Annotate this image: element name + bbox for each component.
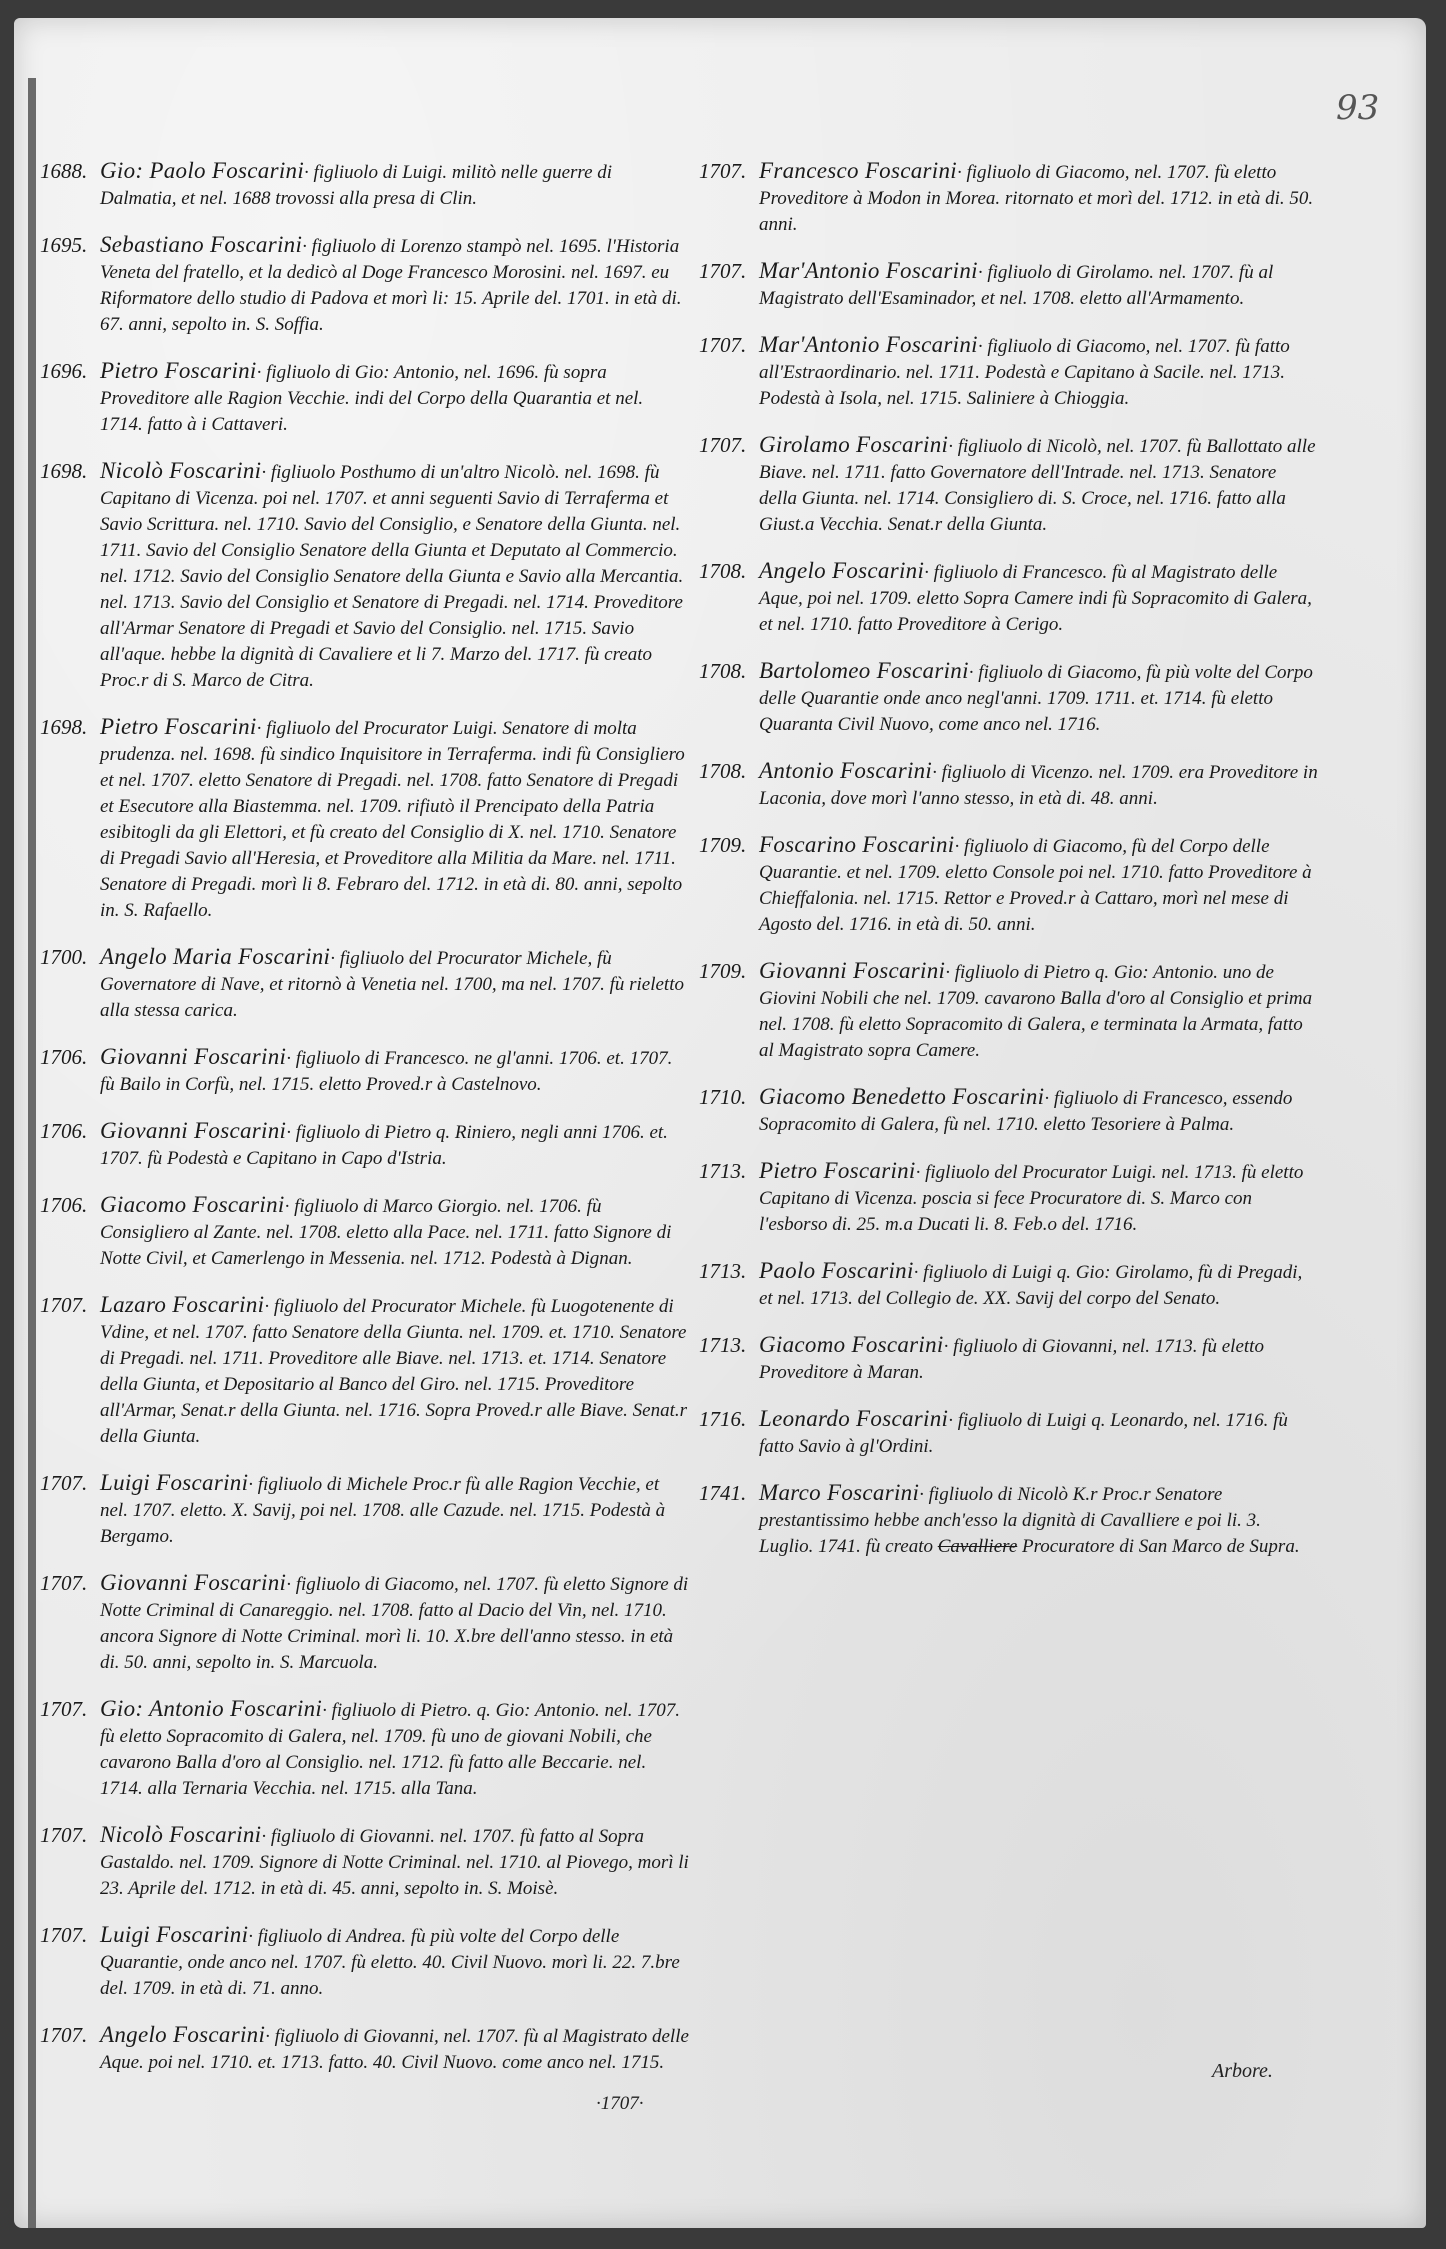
entry-year: 1700. [40,944,100,1024]
entry-body: Bartolomeo Foscarini· figliuolo di Giaco… [759,658,1319,738]
entry-separator: · [261,1826,271,1847]
genealogy-entry: 1696. Pietro Foscarini· figliuolo di Gio… [40,358,690,438]
entry-separator: · [286,1122,296,1143]
entry-name: Bartolomeo Foscarini [759,658,969,683]
entry-body: Nicolò Foscarini· figliuolo di Giovanni.… [100,1822,690,1902]
entry-separator: · [944,1336,954,1357]
entry-year: 1707. [699,158,759,238]
entry-separator: · [304,162,314,183]
entry-separator: · [978,262,988,283]
entry-body: Angelo Foscarini· figliuolo di Francesco… [759,558,1319,638]
entry-name: Giacomo Foscarini [759,1332,944,1357]
genealogy-entry: 1688. Gio: Paolo Foscarini· figliuolo di… [40,158,690,212]
entry-year: 1688. [40,158,100,212]
entry-separator: · [257,362,267,383]
entry-body: Giovanni Foscarini· figliuolo di Pietro … [100,1118,690,1172]
entry-separator: · [924,562,934,583]
genealogy-entry: 1709. Giovanni Foscarini· figliuolo di P… [699,958,1319,1064]
genealogy-entry: 1706. Giovanni Foscarini· figliuolo di P… [40,1118,690,1172]
entry-name: Leonardo Foscarini [759,1406,948,1431]
genealogy-entry: 1707. Girolamo Foscarini· figliuolo di N… [699,432,1319,538]
entry-name: Luigi Foscarini [100,1922,248,1947]
entry-year: 1708. [699,558,759,638]
entry-name: Giovanni Foscarini [100,1044,286,1069]
genealogy-entry: 1707. Luigi Foscarini· figliuolo di Andr… [40,1922,690,2002]
entry-year: 1708. [699,658,759,738]
genealogy-entry: 1713. Paolo Foscarini· figliuolo di Luig… [699,1258,1319,1312]
entry-body: Gio: Antonio Foscarini· figliuolo di Pie… [100,1696,690,1802]
entry-name: Angelo Maria Foscarini [100,944,330,969]
entry-name: Girolamo Foscarini [759,432,948,457]
entry-name: Giovanni Foscarini [100,1118,286,1143]
marginal-year: ·1707· [596,2093,644,2115]
entry-body: Marco Foscarini· figliuolo di Nicolò K.r… [759,1480,1319,1560]
genealogy-entry: 1708. Angelo Foscarini· figliuolo di Fra… [699,558,1319,638]
entry-year: 1709. [699,958,759,1064]
genealogy-entry: 1698. Nicolò Foscarini· figliuolo Posthu… [40,458,690,694]
entry-separator: · [322,1700,332,1721]
entry-body: Leonardo Foscarini· figliuolo di Luigi q… [759,1406,1319,1460]
entry-body: Giacomo Benedetto Foscarini· figliuolo d… [759,1084,1319,1138]
genealogy-entry: 1707. Mar'Antonio Foscarini· figliuolo d… [699,258,1319,312]
entry-body: Lazaro Foscarini· figliuolo del Procurat… [100,1292,690,1450]
entry-separator: · [286,1048,296,1069]
entry-body: Foscarino Foscarini· figliuolo di Giacom… [759,832,1319,938]
entry-year: 1707. [40,2022,100,2076]
entry-year: 1716. [699,1406,759,1460]
entry-name: Mar'Antonio Foscarini [759,258,978,283]
manuscript-page: 93 1688. Gio: Paolo Foscarini· figliuolo… [14,18,1426,2228]
entry-separator: · [248,1926,258,1947]
entry-year: 1713. [699,1332,759,1386]
entry-separator: · [265,2026,275,2047]
genealogy-entry: 1707. Mar'Antonio Foscarini· figliuolo d… [699,332,1319,412]
entry-separator: · [932,762,942,783]
entry-name: Pietro Foscarini [759,1158,916,1183]
entry-name: Nicolò Foscarini [100,458,261,483]
entry-name: Giacomo Benedetto Foscarini [759,1084,1044,1109]
entry-year: 1706. [40,1192,100,1272]
entry-body: Mar'Antonio Foscarini· figliuolo di Giro… [759,258,1319,312]
entry-separator: · [978,336,988,357]
genealogy-entry: 1708. Antonio Foscarini· figliuolo di Vi… [699,758,1319,812]
entry-body: Giovanni Foscarini· figliuolo di Giacomo… [100,1570,690,1676]
entry-year: 1706. [40,1118,100,1172]
entry-body: Angelo Maria Foscarini· figliuolo del Pr… [100,944,690,1024]
entry-separator: · [916,1162,926,1183]
entry-separator: · [919,1484,929,1505]
entry-separator: · [286,1574,296,1595]
entry-separator: · [945,962,955,983]
entry-text: figliuolo Posthumo di un'altro Nicolò. n… [100,462,683,691]
entry-separator: · [1044,1088,1054,1109]
entry-body: Francesco Foscarini· figliuolo di Giacom… [759,158,1319,238]
entry-body: Antonio Foscarini· figliuolo di Vicenzo.… [759,758,1319,812]
entry-body: Gio: Paolo Foscarini· figliuolo di Luigi… [100,158,690,212]
entry-year: 1707. [40,1922,100,2002]
entry-year: 1707. [40,1292,100,1450]
entry-name: Pietro Foscarini [100,714,257,739]
entry-separator: · [261,462,271,483]
entry-body: Mar'Antonio Foscarini· figliuolo di Giac… [759,332,1319,412]
entry-separator: · [302,236,312,257]
genealogy-entry: 1707. Giovanni Foscarini· figliuolo di G… [40,1570,690,1676]
entry-year: 1709. [699,832,759,938]
genealogy-entry: 1716. Leonardo Foscarini· figliuolo di L… [699,1406,1319,1460]
genealogy-entry: 1741. Marco Foscarini· figliuolo di Nico… [699,1480,1319,1560]
genealogy-entry: 1707. Lazaro Foscarini· figliuolo del Pr… [40,1292,690,1450]
entry-name: Foscarino Foscarini [759,832,954,857]
entry-body: Giacomo Foscarini· figliuolo di Giovanni… [759,1332,1319,1386]
entry-year: 1696. [40,358,100,438]
entry-body: Pietro Foscarini· figliuolo del Procurat… [100,714,690,924]
genealogy-entry: 1700. Angelo Maria Foscarini· figliuolo … [40,944,690,1024]
entry-body: Luigi Foscarini· figliuolo di Michele Pr… [100,1470,690,1550]
entry-text: figliuolo del Procurator Luigi. Senatore… [100,718,685,921]
entry-body: Angelo Foscarini· figliuolo di Giovanni,… [100,2022,690,2076]
entry-separator: · [285,1196,295,1217]
entry-name: Giovanni Foscarini [759,958,945,983]
entry-body: Pietro Foscarini· figliuolo di Gio: Anto… [100,358,690,438]
genealogy-entry: 1695. Sebastiano Foscarini· figliuolo di… [40,232,690,338]
entry-name: Angelo Foscarini [100,2022,265,2047]
entry-name: Lazaro Foscarini [100,1292,264,1317]
binding-edge [28,78,36,2228]
struck-word: Cavalliere [938,1536,1018,1557]
entry-body: Giovanni Foscarini· figliuolo di Pietro … [759,958,1319,1064]
entry-name: Nicolò Foscarini [100,1822,261,1847]
entry-separator: · [330,948,340,969]
entry-name: Giovanni Foscarini [100,1570,286,1595]
entry-text: figliuolo del Procurator Michele. fù Luo… [100,1296,687,1447]
catchword: Arbore. [1212,2060,1273,2083]
entry-separator: · [948,436,958,457]
entry-year: 1713. [699,1158,759,1238]
genealogy-entry: 1707. Luigi Foscarini· figliuolo di Mich… [40,1470,690,1550]
entry-year: 1708. [699,758,759,812]
entry-year: 1710. [699,1084,759,1138]
entry-year: 1698. [40,714,100,924]
genealogy-entry: 1707. Francesco Foscarini· figliuolo di … [699,158,1319,238]
entry-body: Sebastiano Foscarini· figliuolo di Loren… [100,232,690,338]
entry-body: Pietro Foscarini· figliuolo del Procurat… [759,1158,1319,1238]
entry-year: 1706. [40,1044,100,1098]
entry-name: Gio: Paolo Foscarini [100,158,304,183]
genealogy-entry: 1710. Giacomo Benedetto Foscarini· figli… [699,1084,1319,1138]
folio-number: 93 [1336,88,1379,128]
genealogy-entry: 1708. Bartolomeo Foscarini· figliuolo di… [699,658,1319,738]
entry-name: Gio: Antonio Foscarini [100,1696,322,1721]
entry-body: Nicolò Foscarini· figliuolo Posthumo di … [100,458,690,694]
entry-name: Angelo Foscarini [759,558,924,583]
entry-name: Paolo Foscarini [759,1258,914,1283]
genealogy-entry: 1698. Pietro Foscarini· figliuolo del Pr… [40,714,690,924]
genealogy-entry: 1713. Giacomo Foscarini· figliuolo di Gi… [699,1332,1319,1386]
genealogy-entry: 1707. Angelo Foscarini· figliuolo di Gio… [40,2022,690,2076]
entry-separator: · [257,718,267,739]
entry-year: 1707. [40,1822,100,1902]
entry-separator: · [954,836,964,857]
left-column: 1688. Gio: Paolo Foscarini· figliuolo di… [40,158,690,2096]
entry-name: Sebastiano Foscarini [100,232,302,257]
genealogy-entry: 1706. Giovanni Foscarini· figliuolo di F… [40,1044,690,1098]
entry-year: 1707. [40,1570,100,1676]
entry-body: Paolo Foscarini· figliuolo di Luigi q. G… [759,1258,1319,1312]
entry-name: Marco Foscarini [759,1480,919,1505]
genealogy-entry: 1706. Giacomo Foscarini· figliuolo di Ma… [40,1192,690,1272]
entry-year: 1695. [40,232,100,338]
entry-separator: · [264,1296,274,1317]
genealogy-entry: 1707. Gio: Antonio Foscarini· figliuolo … [40,1696,690,1802]
entry-name: Antonio Foscarini [759,758,932,783]
entry-year: 1707. [699,258,759,312]
entry-year: 1698. [40,458,100,694]
entry-year: 1741. [699,1480,759,1560]
entry-year: 1707. [699,432,759,538]
entry-body: Girolamo Foscarini· figliuolo di Nicolò,… [759,432,1319,538]
entry-name: Pietro Foscarini [100,358,257,383]
entry-year: 1707. [40,1696,100,1802]
entry-name: Giacomo Foscarini [100,1192,285,1217]
entry-separator: · [914,1262,924,1283]
entry-body: Luigi Foscarini· figliuolo di Andrea. fù… [100,1922,690,2002]
entry-separator: · [969,662,979,683]
right-column: 1707. Francesco Foscarini· figliuolo di … [699,158,1319,1580]
entry-body: Giovanni Foscarini· figliuolo di Frances… [100,1044,690,1098]
entry-name: Luigi Foscarini [100,1470,248,1495]
entry-name: Mar'Antonio Foscarini [759,332,978,357]
genealogy-entry: 1713. Pietro Foscarini· figliuolo del Pr… [699,1158,1319,1238]
entry-separator: · [248,1474,258,1495]
entry-separator: · [948,1410,958,1431]
entry-name: Francesco Foscarini [759,158,957,183]
entry-body: Giacomo Foscarini· figliuolo di Marco Gi… [100,1192,690,1272]
entry-year: 1707. [699,332,759,412]
entry-year: 1713. [699,1258,759,1312]
entry-year: 1707. [40,1470,100,1550]
genealogy-entry: 1709. Foscarino Foscarini· figliuolo di … [699,832,1319,938]
genealogy-entry: 1707. Nicolò Foscarini· figliuolo di Gio… [40,1822,690,1902]
